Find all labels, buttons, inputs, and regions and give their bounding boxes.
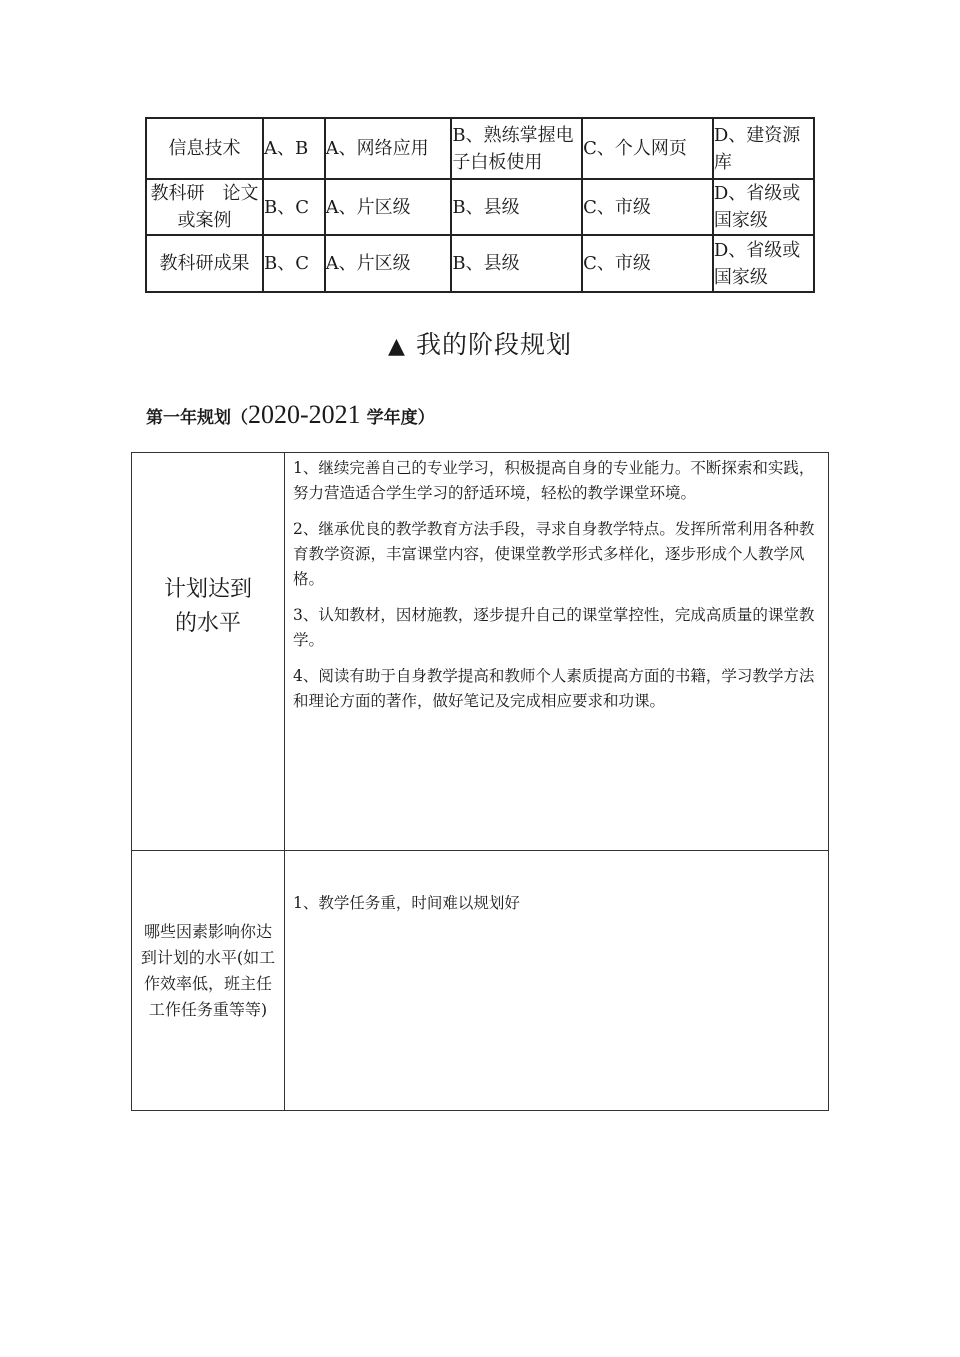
- option-c-cell: C、市级: [582, 179, 713, 235]
- selected-cell: A、B: [263, 118, 325, 179]
- option-c-cell: C、市级: [582, 235, 713, 292]
- category-cell: 教科研 论文或案例: [146, 179, 263, 235]
- heading-prefix: 第一年规划（: [146, 408, 248, 428]
- selected-cell: B、C: [263, 179, 325, 235]
- plan-table: 计划达到的水平 1、继续完善自己的专业学习，积极提高自身的专业能力。不断探索和实…: [131, 452, 829, 1111]
- option-a-cell: A、片区级: [325, 179, 452, 235]
- option-d-cell: D、省级或国家级: [713, 179, 814, 235]
- target-level-label-text: 计划达到的水平: [158, 573, 258, 641]
- option-a-cell: A、网络应用: [325, 118, 452, 179]
- category-cell: 教科研成果: [146, 235, 263, 292]
- factor-item: 1、教学任务重，时间难以规划好: [293, 891, 820, 916]
- plan-item: 4、阅读有助于自身教学提高和教师个人素质提高方面的书籍，学习教学方法和理论方面的…: [293, 664, 820, 714]
- option-b-cell: B、熟练掌握电子白板使用: [451, 118, 582, 179]
- factors-content: 1、教学任务重，时间难以规划好: [285, 851, 829, 1111]
- heading-year: 2020-2021: [248, 400, 361, 429]
- plan-item: 3、认知教材，因材施教，逐步提升自己的课堂掌控性，完成高质量的课堂教学。: [293, 603, 820, 653]
- section-title: ▲我的阶段规划: [0, 325, 960, 361]
- option-b-cell: B、县级: [451, 235, 582, 292]
- category-cell: 信息技术: [146, 118, 263, 179]
- option-b-cell: B、县级: [451, 179, 582, 235]
- table-row: 哪些因素影响你达到计划的水平(如工作效率低，班主任工作任务重等等) 1、教学任务…: [132, 851, 829, 1111]
- factors-label-text: 哪些因素影响你达到计划的水平(如工作效率低，班主任工作任务重等等): [139, 919, 277, 1023]
- table-row: 教科研 论文或案例 B、C A、片区级 B、县级 C、市级 D、省级或国家级: [146, 179, 814, 235]
- plan-item: 2、继承优良的教学教育方法手段，寻求自身教学特点。发挥所常利用各种教育教学资源，…: [293, 517, 820, 592]
- target-level-label: 计划达到的水平: [132, 453, 285, 851]
- option-c-cell: C、个人网页: [582, 118, 713, 179]
- selected-cell: B、C: [263, 235, 325, 292]
- table-row: 计划达到的水平 1、继续完善自己的专业学习，积极提高自身的专业能力。不断探索和实…: [132, 453, 829, 851]
- table-row: 教科研成果 B、C A、片区级 B、县级 C、市级 D、省级或国家级: [146, 235, 814, 292]
- heading-suffix: 学年度）: [361, 408, 435, 428]
- factors-label: 哪些因素影响你达到计划的水平(如工作效率低，班主任工作任务重等等): [132, 851, 285, 1111]
- section-title-text: 我的阶段规划: [416, 330, 572, 359]
- plan-item: 1、继续完善自己的专业学习，积极提高自身的专业能力。不断探索和实践，努力营造适合…: [293, 456, 820, 506]
- option-d-cell: D、建资源库: [713, 118, 814, 179]
- year-plan-heading: 第一年规划（2020-2021 学年度）: [146, 400, 435, 430]
- target-level-content: 1、继续完善自己的专业学习，积极提高自身的专业能力。不断探索和实践，努力营造适合…: [285, 453, 829, 851]
- option-a-cell: A、片区级: [325, 235, 452, 292]
- table-row: 信息技术 A、B A、网络应用 B、熟练掌握电子白板使用 C、个人网页 D、建资…: [146, 118, 814, 179]
- triangle-icon: ▲: [388, 334, 406, 359]
- option-d-cell: D、省级或国家级: [713, 235, 814, 292]
- options-table: 信息技术 A、B A、网络应用 B、熟练掌握电子白板使用 C、个人网页 D、建资…: [145, 117, 815, 293]
